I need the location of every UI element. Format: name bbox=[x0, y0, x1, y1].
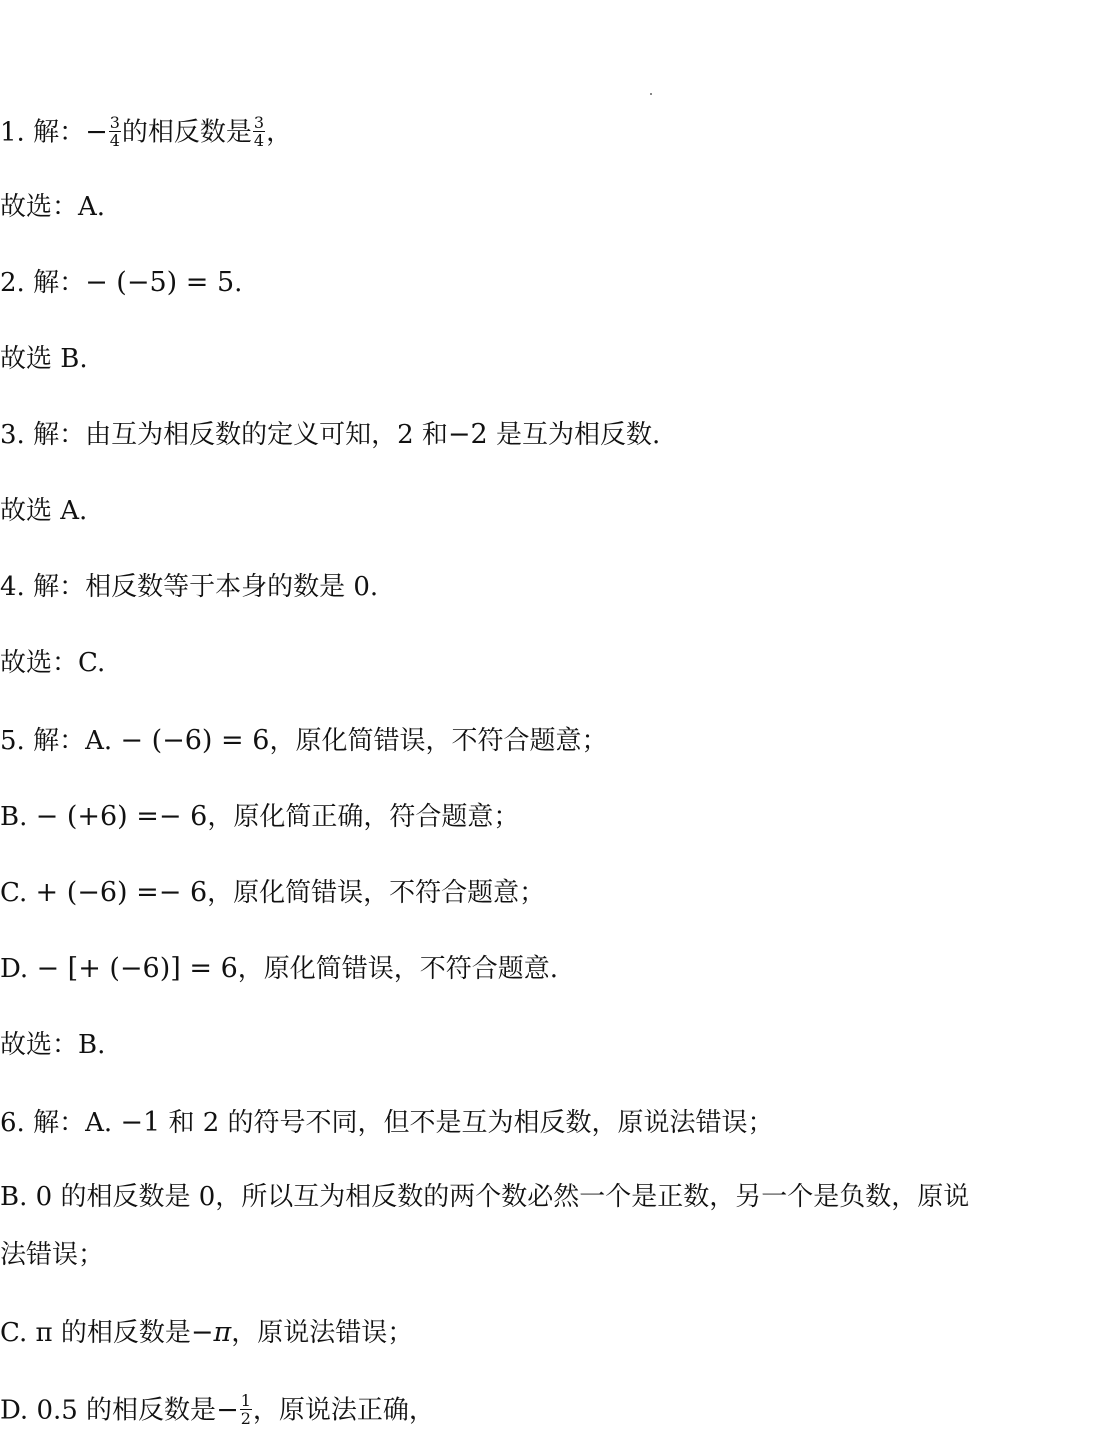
punctuation: . bbox=[234, 268, 242, 298]
equation: + (−6) =− 6 bbox=[36, 877, 208, 908]
solution-5-prefix: 5. 解：A. bbox=[0, 726, 120, 756]
minus-sign: − bbox=[85, 117, 108, 148]
denominator: 4 bbox=[109, 132, 121, 149]
solution-4-line: 4. 解：相反数等于本身的数是 0. bbox=[0, 572, 378, 602]
solution-3-line: 3. 解：由互为相反数的定义可知，2 和−2 是互为相反数. bbox=[0, 420, 660, 450]
solution-1-prefix: 1. 解： bbox=[0, 118, 85, 148]
solution-6b-line: B. 0 的相反数是 0，所以互为相反数的两个数必然一个是正数，另一个是负数，原… bbox=[0, 1182, 969, 1212]
equation: − [+ (−6)] = 6 bbox=[36, 953, 237, 984]
answer-5: 故选：B. bbox=[0, 1030, 105, 1060]
solution-6d-line: D. 0.5 的相反数是−12，原说法正确， bbox=[0, 1394, 435, 1429]
solution-5a-suffix: ，原化简错误，不符合题意； bbox=[269, 726, 607, 756]
solution-5a-line: 5. 解：A. − (−6) = 6，原化简错误，不符合题意； bbox=[0, 726, 607, 756]
solution-3-prefix: 3. 解：由互为相反数的定义可知，2 和 bbox=[0, 420, 448, 450]
denominator: 4 bbox=[253, 132, 265, 149]
minus-sign: − bbox=[216, 1395, 239, 1426]
option-label: C. π 的相反数是 bbox=[0, 1318, 191, 1348]
punctuation: ， bbox=[266, 118, 292, 148]
solution-6d-suffix: ，原说法正确， bbox=[253, 1396, 435, 1426]
solution-6c-line: C. π 的相反数是−π，原说法错误； bbox=[0, 1318, 413, 1348]
solution-3-suffix: 是互为相反数. bbox=[488, 420, 661, 450]
solution-6a-suffix: 和 2 的符号不同，但不是互为相反数，原说法错误； bbox=[160, 1108, 773, 1138]
equation: − (−6) = 6 bbox=[120, 725, 269, 756]
denominator: 2 bbox=[240, 1410, 252, 1427]
option-label: B. bbox=[0, 802, 36, 832]
option-label: C. bbox=[0, 878, 36, 908]
solution-5c-line: C. + (−6) =− 6，原化简错误，不符合题意； bbox=[0, 878, 545, 908]
math-expression: −1 bbox=[120, 1107, 160, 1138]
solution-2-line: 2. 解：− (−5) = 5. bbox=[0, 268, 242, 298]
solution-5c-suffix: ，原化简错误，不符合题意； bbox=[207, 878, 545, 908]
scan-speck bbox=[650, 93, 652, 95]
solution-5d-suffix: ，原化简错误，不符合题意. bbox=[238, 954, 558, 984]
option-label: D. 0.5 的相反数是 bbox=[0, 1396, 216, 1426]
solution-5b-suffix: ，原化简正确，符合题意； bbox=[207, 802, 519, 832]
numerator: 1 bbox=[240, 1392, 252, 1410]
equation: − (+6) =− 6 bbox=[36, 801, 208, 832]
solution-2-prefix: 2. 解： bbox=[0, 268, 85, 298]
fraction-three-quarters: 34 bbox=[109, 114, 121, 149]
solution-6c-suffix: ，原说法错误； bbox=[231, 1318, 413, 1348]
fraction-one-half: 12 bbox=[240, 1392, 252, 1427]
solution-6b-continued: 法错误； bbox=[0, 1240, 104, 1270]
solution-5b-line: B. − (+6) =− 6，原化简正确，符合题意； bbox=[0, 802, 519, 832]
math-expression: −π bbox=[191, 1317, 231, 1348]
numerator: 3 bbox=[109, 114, 121, 132]
fraction-three-quarters-2: 34 bbox=[253, 114, 265, 149]
solution-1-text: 的相反数是 bbox=[122, 118, 252, 148]
solution-6a-line: 6. 解：A. −1 和 2 的符号不同，但不是互为相反数，原说法错误； bbox=[0, 1108, 774, 1138]
option-label: D. bbox=[0, 954, 36, 984]
equation: − (−5) = 5 bbox=[85, 267, 234, 298]
numerator: 3 bbox=[253, 114, 265, 132]
answer-3: 故选 A. bbox=[0, 496, 87, 526]
math-expression: −2 bbox=[448, 419, 488, 450]
solution-6-prefix: 6. 解：A. bbox=[0, 1108, 120, 1138]
answer-2: 故选 B. bbox=[0, 344, 88, 374]
answer-4: 故选：C. bbox=[0, 648, 105, 678]
solution-1-line: 1. 解：−34的相反数是34， bbox=[0, 116, 292, 151]
answer-1: 故选：A. bbox=[0, 192, 105, 222]
solution-5d-line: D. − [+ (−6)] = 6，原化简错误，不符合题意. bbox=[0, 954, 558, 984]
